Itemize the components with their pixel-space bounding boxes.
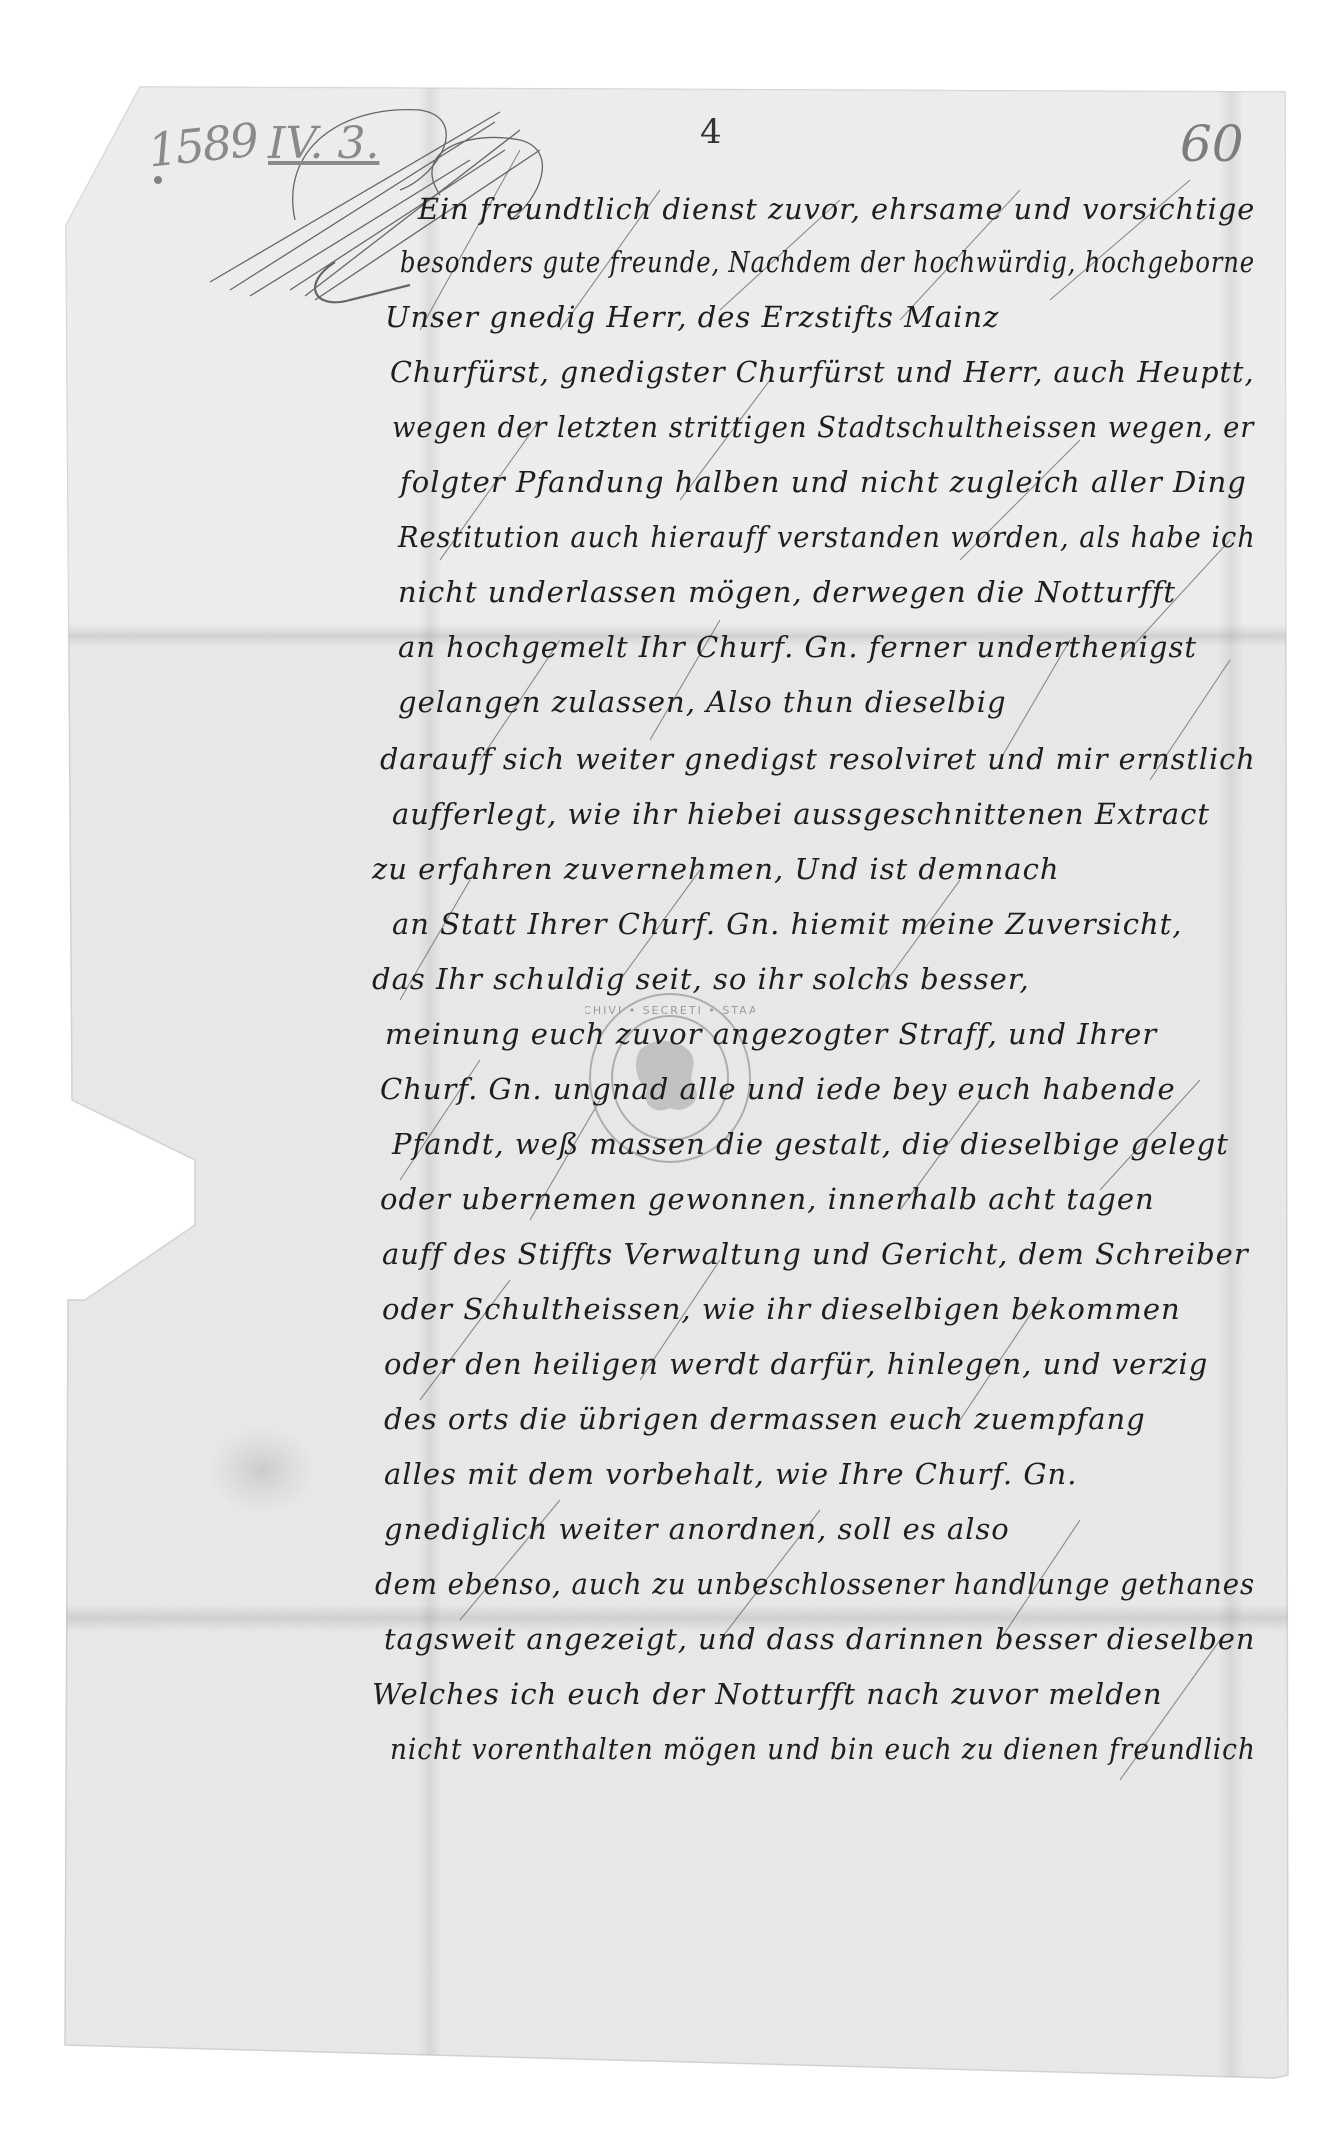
letter-line: an Statt Ihrer Churf. Gn. hiemit meine Z… xyxy=(392,907,1183,941)
letter-line: Pfandt, weß massen die gestalt, die dies… xyxy=(392,1127,1229,1161)
letter-line: Unser gnedig Herr, des Erzstifts Mainz xyxy=(385,300,999,334)
letter-line: das Ihr schuldig seit, so ihr solchs bes… xyxy=(372,962,1030,996)
letter-line: Welches ich euch der Notturfft nach zuvo… xyxy=(372,1677,1163,1711)
letter-line: zu erfahren zuvernehmen, Und ist demnach xyxy=(372,852,1060,886)
letter-line: dem ebenso, auch zu unbeschlossener hand… xyxy=(375,1567,1255,1601)
letter-line: Restitution auch hierauff verstanden wor… xyxy=(398,520,1256,554)
letter-line: Churfürst, gnedigster Churfürst und Herr… xyxy=(390,355,1255,389)
folio-number: 60 xyxy=(1180,115,1244,173)
letter-line: aufferlegt, wie ihr hiebei aussgeschnitt… xyxy=(392,797,1210,831)
letter-line: Churf. Gn. ungnad alle und iede bey euch… xyxy=(380,1072,1176,1106)
letter-line: gnediglich weiter anordnen, soll es also xyxy=(384,1512,1010,1546)
water-stain xyxy=(207,1425,317,1515)
archive-year-mark: 1589 xyxy=(145,112,259,177)
letter-line: oder Schultheissen, wie ihr dieselbigen … xyxy=(382,1292,1181,1326)
letter-line: darauff sich weiter gnedigst resolviret … xyxy=(380,742,1256,776)
letter-line: Ein freundtlich dienst zuvor, ehrsame un… xyxy=(418,192,1255,226)
archive-fascicle-mark: IV. 3. xyxy=(268,118,379,169)
letter-line: oder ubernemen gewonnen, innerhalb acht … xyxy=(380,1182,1155,1216)
letter-line: des orts die übrigen dermassen euch zuem… xyxy=(384,1402,1146,1436)
letter-line: an hochgemelt Ihr Churf. Gn. ferner unde… xyxy=(398,630,1197,664)
letter-line: alles mit dem vorbehalt, wie Ihre Churf.… xyxy=(384,1457,1077,1491)
letter-line: wegen der letzten strittigen Stadtschult… xyxy=(392,410,1254,444)
letter-line: nicht vorenthalten mögen und bin euch zu… xyxy=(390,1732,1256,1766)
letter-line: folgter Pfandung halben und nicht zuglei… xyxy=(400,465,1247,499)
letter-line: tagsweit angezeigt, und dass darinnen be… xyxy=(384,1622,1255,1656)
page-mark: 4 xyxy=(700,112,722,152)
letter-line: auff des Stiffts Verwaltung und Gericht,… xyxy=(382,1237,1249,1271)
letter-line: meinung euch zuvor angezogter Straff, un… xyxy=(385,1017,1157,1051)
letter-line: oder den heiligen werdt darfür, hinlegen… xyxy=(384,1347,1208,1381)
letter-line: gelangen zulassen, Also thun dieselbig xyxy=(398,685,1007,719)
letter-line: nicht underlassen mögen, derwegen die No… xyxy=(398,575,1176,609)
letter-line: besonders gute freunde, Nachdem der hoch… xyxy=(400,245,1255,279)
